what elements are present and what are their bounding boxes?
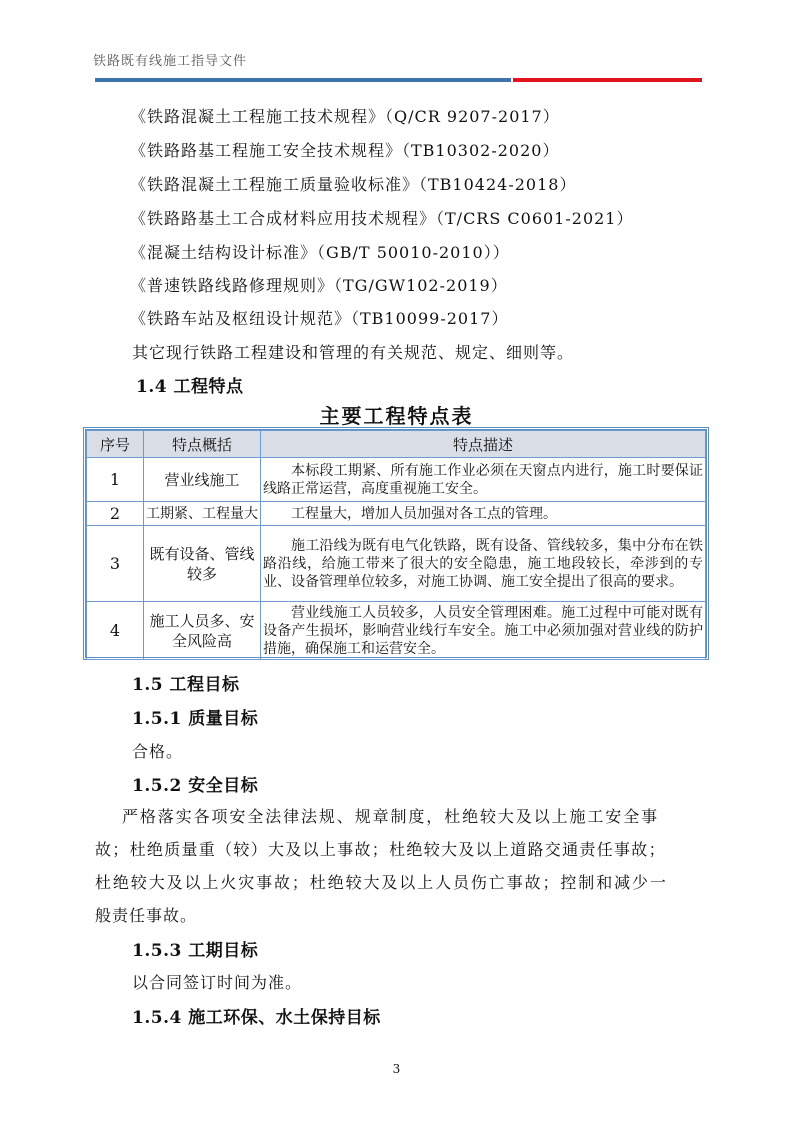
safety-line: 般责任事故。 [95, 903, 197, 926]
references-note: 其它现行铁路工程建设和管理的有关规范、规定、细则等。 [132, 340, 574, 363]
row-number: 1 [87, 458, 144, 502]
row-summary: 施工人员多、安全风险高 [144, 602, 261, 660]
table-header-row: 序号 特点概括 特点描述 [87, 431, 706, 458]
safety-line: 杜绝较大及以上火灾事故；杜绝较大及以上人员伤亡事故；控制和减少一 [95, 870, 668, 893]
quality-target-text: 合格。 [132, 739, 183, 762]
safety-line: 故；杜绝质量重（较）大及以上事故；杜绝较大及以上道路交通责任事故； [95, 837, 666, 860]
reference-item: 《混凝土结构设计标准》（GB/T 50010-2010）） [130, 240, 510, 263]
reference-item: 《铁路混凝土工程施工技术规程》（Q/CR 9207-2017） [130, 104, 560, 127]
column-header-description: 特点描述 [261, 431, 706, 458]
row-summary: 工期紧、工程量大 [144, 502, 261, 526]
table-row: 4 施工人员多、安全风险高 营业线施工人员较多，人员安全管理困难。施工过程中可能… [87, 602, 706, 660]
section-heading-1-4: 1.4 工程特点 [136, 372, 244, 397]
reference-item: 《普速铁路线路修理规则》（TG/GW102-2019） [130, 273, 508, 296]
section-heading-1-5: 1.5 工程目标 [132, 670, 240, 695]
row-description-text: 施工沿线为既有电气化铁路，既有设备、管线较多，集中分布在铁路沿线，给施工带来了很… [263, 537, 703, 591]
reference-item: 《铁路路基土工合成材料应用技术规程》（T/CRS C0601-2021） [130, 206, 634, 229]
row-description: 营业线施工人员较多，人员安全管理困难。施工过程中可能对既有设备产生损坏，影响营业… [261, 602, 706, 660]
table-row: 3 既有设备、管线较多 施工沿线为既有电气化铁路，既有设备、管线较多，集中分布在… [87, 526, 706, 602]
section-heading-1-5-1: 1.5.1 质量目标 [132, 704, 258, 729]
row-description: 工程量大，增加人员加强对各工点的管理。 [261, 502, 706, 526]
row-summary: 营业线施工 [144, 458, 261, 502]
column-header-no: 序号 [87, 431, 144, 458]
column-header-summary: 特点概括 [144, 431, 261, 458]
schedule-target-text: 以合同签订时间为准。 [132, 970, 302, 993]
row-description-text: 工程量大，增加人员加强对各工点的管理。 [263, 505, 703, 523]
header-divider [95, 78, 702, 82]
row-number: 2 [87, 502, 144, 526]
row-description-text: 营业线施工人员较多，人员安全管理困难。施工过程中可能对既有设备产生损坏，影响营业… [263, 604, 703, 658]
reference-item: 《铁路路基工程施工安全技术规程》（TB10302-2020） [130, 138, 559, 161]
table-row: 2 工期紧、工程量大 工程量大，增加人员加强对各工点的管理。 [87, 502, 706, 526]
section-heading-1-5-2: 1.5.2 安全目标 [132, 771, 258, 796]
row-number: 4 [87, 602, 144, 660]
features-table: 序号 特点概括 特点描述 1 营业线施工 本标段工期紧、所有施工作业必须在天窗点… [83, 427, 709, 660]
row-description: 本标段工期紧、所有施工作业必须在天窗点内进行，施工时要保证线路正常运营，高度重视… [261, 458, 706, 502]
row-summary: 既有设备、管线较多 [144, 526, 261, 602]
header-bar-red [513, 78, 702, 82]
row-number: 3 [87, 526, 144, 602]
safety-line: 严格落实各项安全法律法规、规章制度，杜绝较大及以上施工安全事 [122, 804, 659, 827]
reference-item: 《铁路混凝土工程施工质量验收标准》（TB10424-2018） [130, 172, 576, 195]
table-title: 主要工程特点表 [0, 400, 793, 429]
row-description: 施工沿线为既有电气化铁路，既有设备、管线较多，集中分布在铁路沿线，给施工带来了很… [261, 526, 706, 602]
section-heading-1-5-4: 1.5.4 施工环保、水土保持目标 [132, 1003, 381, 1028]
section-heading-1-5-3: 1.5.3 工期目标 [132, 936, 258, 961]
page-number: 3 [0, 1062, 793, 1076]
table-row: 1 营业线施工 本标段工期紧、所有施工作业必须在天窗点内进行，施工时要保证线路正… [87, 458, 706, 502]
row-description-text: 本标段工期紧、所有施工作业必须在天窗点内进行，施工时要保证线路正常运营，高度重视… [263, 462, 703, 498]
header-bar-blue [95, 78, 511, 82]
reference-item: 《铁路车站及枢纽设计规范》（TB10099-2017） [130, 306, 508, 329]
header-title: 铁路既有线施工指导文件 [93, 50, 247, 69]
